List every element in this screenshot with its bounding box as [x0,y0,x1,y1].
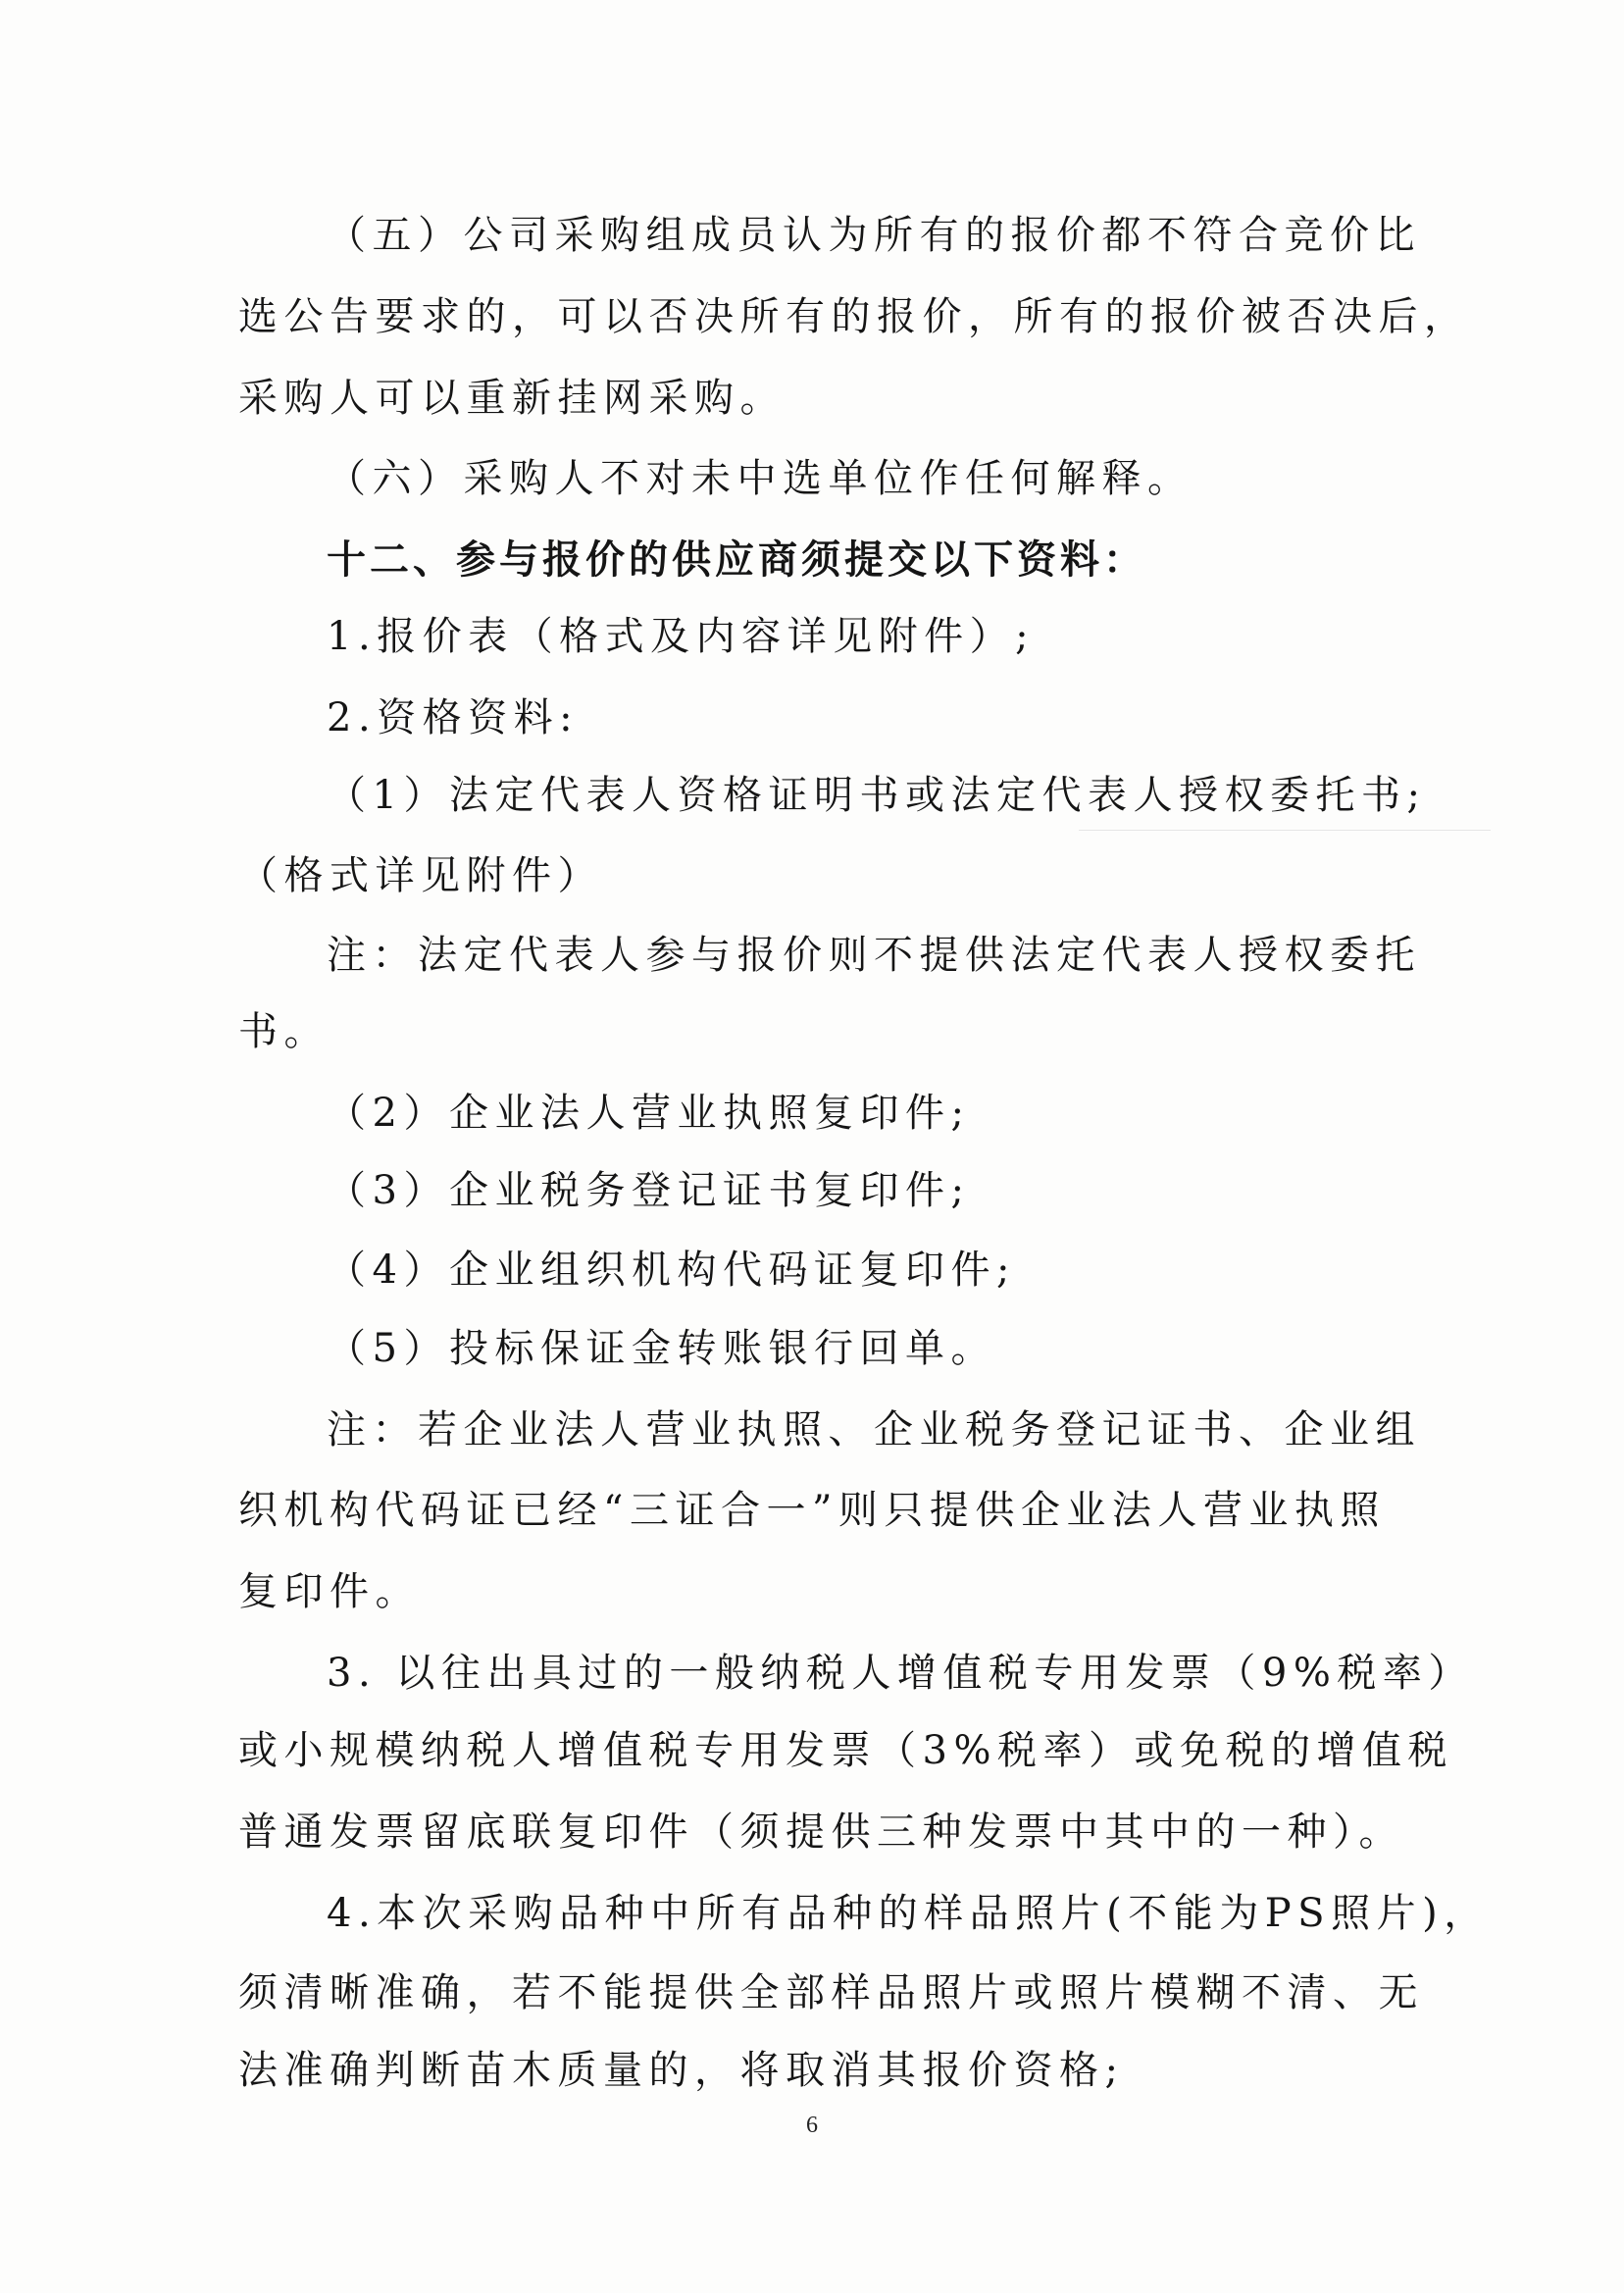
item-1-quote-form: 1.报价表（格式及内容详见附件）; [327,612,1454,661]
item-2-qualification: 2.资格资料: [327,693,1454,742]
scan-artifact-line [1079,830,1491,831]
item-4-photos-line-1: 4.本次采购品种中所有品种的样品照片(不能为PS照片)， [327,1889,1454,1938]
item-3-invoice-line-2: 或小规模纳税人增值税专用发票（3%税率）或免税的增值税 [238,1726,1366,1775]
note-three-in-one-line-1: 注：若企业法人营业执照、企业税务登记证书、企业组 [327,1405,1454,1454]
paragraph-5-line-1: （五）公司采购组成员认为所有的报价都不符合竞价比 [327,211,1454,260]
subitem-2-business-license: （2）企业法人营业执照复印件; [327,1089,1454,1138]
subitem-4-org-code: （4）企业组织机构代码证复印件; [327,1246,1454,1295]
page-number: 6 [0,2111,1624,2140]
note-three-in-one-line-2: 织机构代码证已经“三证合一”则只提供企业法人营业执照 [238,1486,1366,1535]
item-3-invoice-line-3: 普通发票留底联复印件（须提供三种发票中其中的一种）。 [238,1808,1366,1857]
subitem-1-format-note: （格式详见附件） [238,851,1366,900]
paragraph-5-line-2: 选公告要求的，可以否决所有的报价，所有的报价被否决后， [238,292,1366,341]
note-legal-rep-line-2: 书。 [238,1007,1366,1056]
item-4-photos-line-3: 法准确判断苗木质量的，将取消其报价资格; [238,2046,1366,2095]
paragraph-5-line-3: 采购人可以重新挂网采购。 [238,374,1366,423]
note-legal-rep-line-1: 注：法定代表人参与报价则不提供法定代表人授权委托 [327,931,1454,980]
section-12-heading: 十二、参与报价的供应商须提交以下资料： [327,535,1454,585]
subitem-1-legal-rep: （1）法定代表人资格证明书或法定代表人授权委托书; [327,771,1454,820]
note-three-in-one-line-3: 复印件。 [238,1567,1366,1616]
subitem-5-deposit-receipt: （5）投标保证金转账银行回单。 [327,1324,1454,1373]
paragraph-6-line-1: （六）采购人不对未中选单位作任何解释。 [327,454,1454,503]
item-3-invoice-line-1: 3. 以往出具过的一般纳税人增值税专用发票（9%税率） [327,1649,1454,1698]
subitem-3-tax-registration: （3）企业税务登记证书复印件; [327,1166,1454,1215]
document-page: （五）公司采购组成员认为所有的报价都不符合竞价比 选公告要求的，可以否决所有的报… [0,0,1624,2293]
item-4-photos-line-2: 须清晰准确，若不能提供全部样品照片或照片模糊不清、无 [238,1968,1366,2017]
